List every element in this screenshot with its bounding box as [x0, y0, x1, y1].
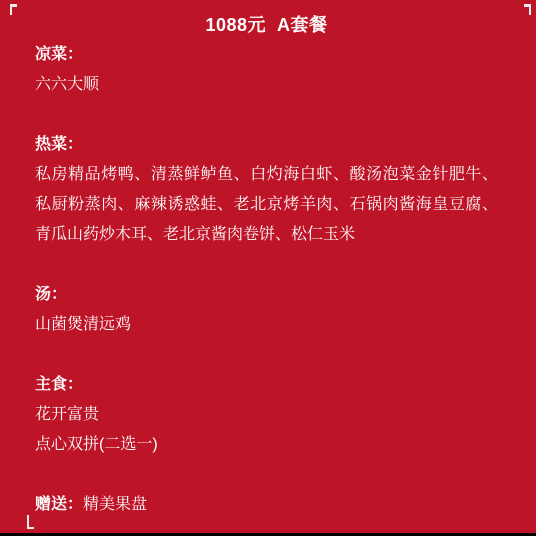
section-staple-food: 主食： 花开富贵 点心双拼(二选一)	[35, 370, 498, 460]
dish-line: 精美果盘	[83, 496, 147, 513]
section-label-hot-dishes: 热菜：	[35, 130, 498, 160]
dish-line: 私房精品烤鸭、清蒸鲜鲈鱼、白灼海白虾、酸汤泡菜金针肥牛、私厨粉蒸肉、麻辣诱惑蛙、…	[35, 160, 498, 250]
section-gift: 赠送：精美果盘	[35, 490, 498, 520]
section-label-gift: 赠送：	[35, 496, 83, 513]
dish-line: 山菌煲清远鸡	[35, 310, 498, 340]
section-hot-dishes: 热菜： 私房精品烤鸭、清蒸鲜鲈鱼、白灼海白虾、酸汤泡菜金针肥牛、私厨粉蒸肉、麻辣…	[35, 130, 498, 250]
section-cold-dishes: 凉菜： 六六大顺	[35, 40, 498, 100]
section-label-soup: 汤：	[35, 280, 498, 310]
dish-line: 六六大顺	[35, 70, 498, 100]
section-label-staple-food: 主食：	[35, 370, 498, 400]
crop-corner-top-right-icon	[524, 4, 531, 15]
dish-line: 点心双拼(二选一)	[35, 430, 498, 460]
crop-corner-top-left-icon	[10, 4, 17, 15]
section-label-cold-dishes: 凉菜：	[35, 40, 498, 70]
set-menu-card: 1088元 A套餐 凉菜： 六六大顺 热菜： 私房精品烤鸭、清蒸鲜鲈鱼、白灼海白…	[0, 0, 536, 536]
dish-line: 花开富贵	[35, 400, 498, 430]
crop-corner-bottom-left-icon	[27, 515, 34, 529]
section-soup: 汤： 山菌煲清远鸡	[35, 280, 498, 340]
menu-title: 1088元 A套餐	[35, 10, 498, 40]
